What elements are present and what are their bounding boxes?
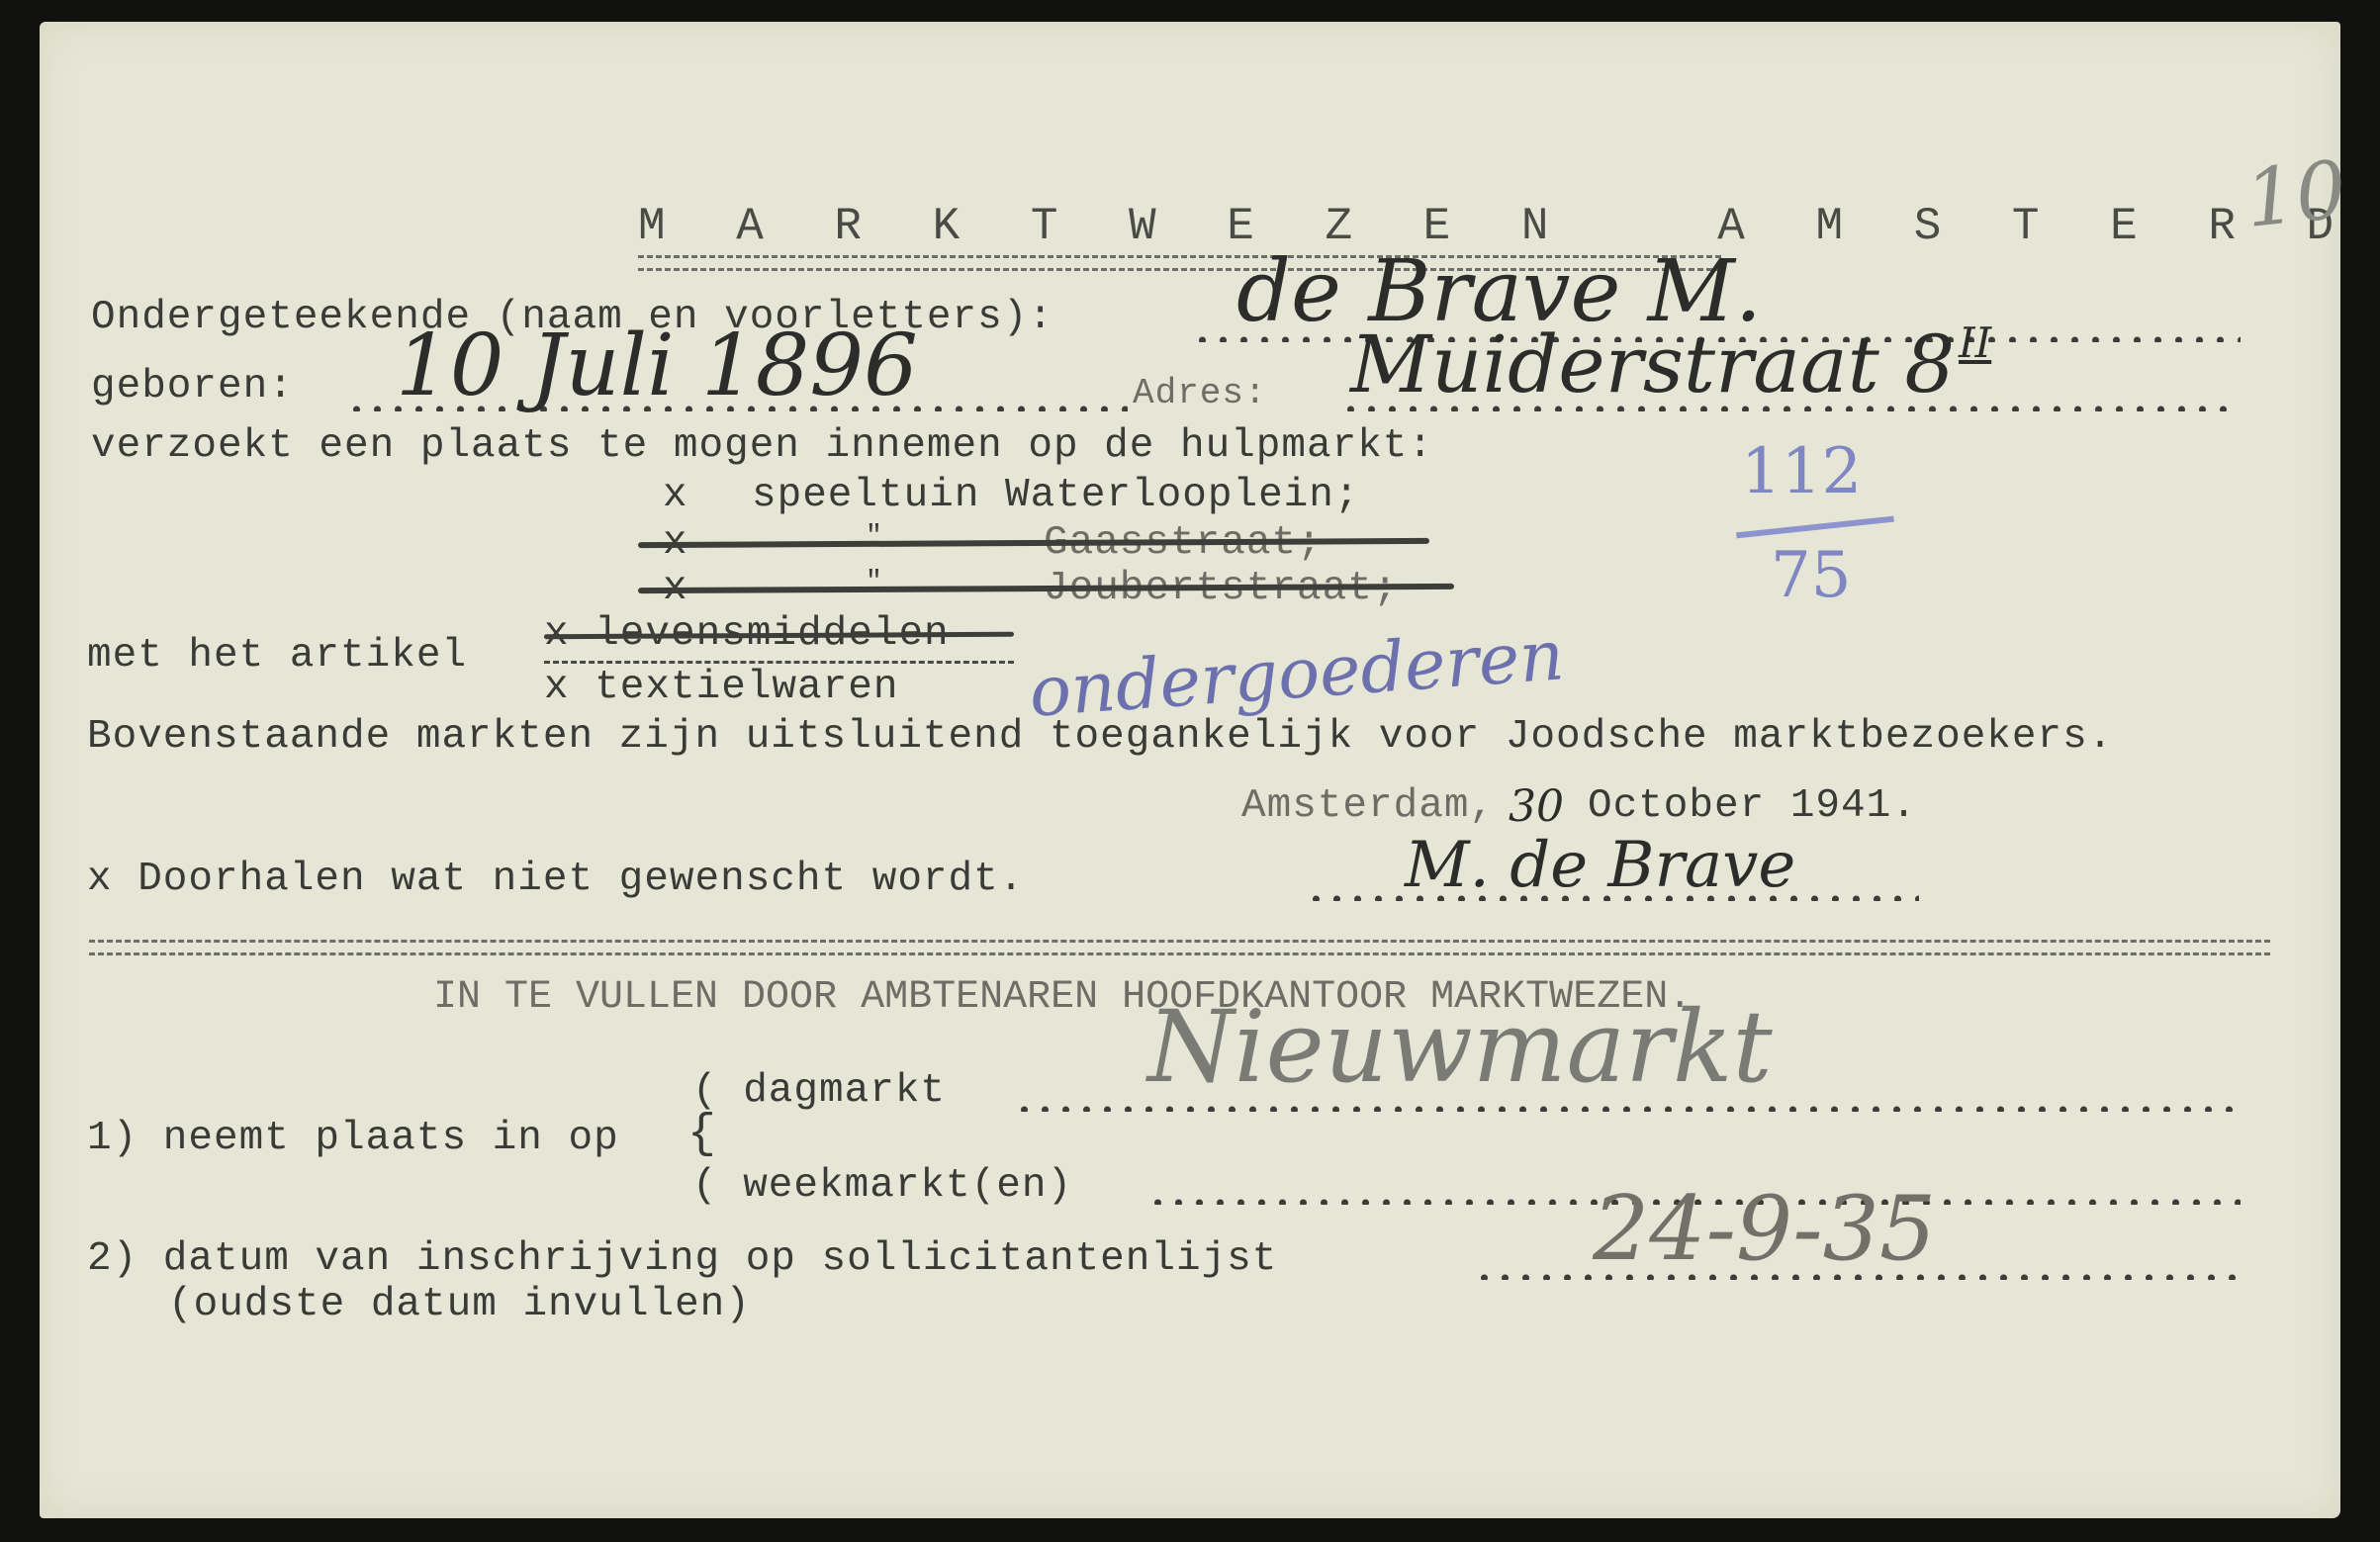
brace-icon: { [687, 1108, 716, 1161]
date-rest: October 1941. [1588, 783, 1917, 829]
address-floor: II [1959, 318, 1991, 367]
article-label: met het artikel [87, 633, 467, 679]
place-prefix: Amsterdam, [1241, 783, 1495, 829]
article-textielwaren: x textielwaren [544, 665, 898, 710]
signature: M. de Brave [1405, 829, 1795, 902]
blue-annotation-denominator: 75 [1771, 539, 1851, 612]
date-day: 30 [1509, 781, 1564, 832]
dagmarkt-value: Nieuwmarkt [1147, 989, 1773, 1105]
blue-annotation-numerator: 112 [1741, 435, 1862, 508]
article-underline [544, 661, 1014, 664]
market-marker: x [663, 473, 688, 518]
q1-label: 1) neemt plaats in op [87, 1116, 619, 1161]
dagmarkt-label: ( dagmarkt [692, 1068, 946, 1114]
address-value: Muiderstraat 8 [1350, 318, 1955, 410]
weekmarkt-label: ( weekmarkt(en) [692, 1163, 1072, 1209]
address-label: Adres: [1133, 371, 1267, 416]
ditto-mark: " [866, 560, 883, 605]
q2-label: 2) datum van inschrijving op sollicitant… [87, 1236, 1277, 1282]
section-separator [89, 940, 2270, 955]
pencil-corner-mark: 10 [2241, 143, 2350, 245]
q2-sub: (oudste datum invullen) [168, 1282, 751, 1327]
market-waterlooplein: speeltuin Waterlooplein; [752, 473, 1360, 518]
born-label: geboren: [91, 364, 294, 409]
dagmarkt-dotted-field [1014, 1106, 2241, 1112]
ditto-mark: " [866, 514, 883, 560]
notice-line: Bovenstaande markten zijn uitsluitend to… [87, 714, 2113, 760]
footnote: x Doorhalen wat niet gewenscht wordt. [87, 857, 1024, 902]
request-line: verzoekt een plaats te mogen innemen op … [91, 423, 1433, 469]
q2-value: 24-9-35 [1593, 1177, 1936, 1281]
born-value: 10 Juli 1896 [396, 317, 918, 415]
